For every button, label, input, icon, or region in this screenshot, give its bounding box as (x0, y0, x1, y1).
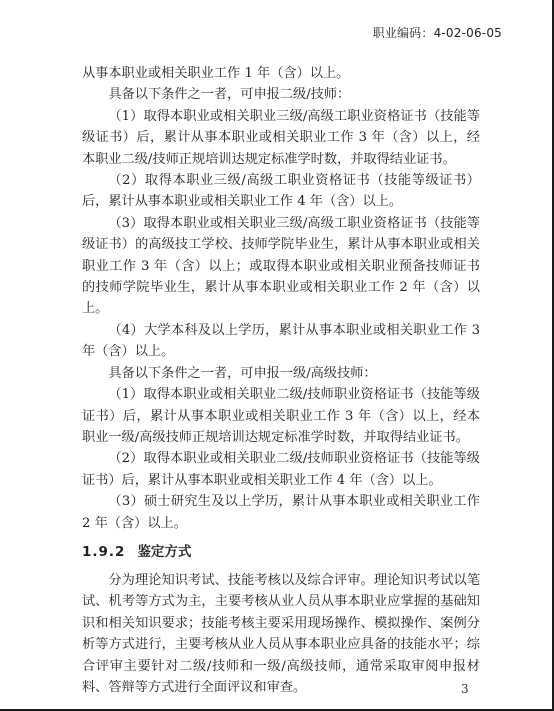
document-page: 职业编码：4-02-06-05 从事本职业或相关职业工作 1 年（含）以上。 具… (0, 0, 554, 711)
level2-item-4: （4）大学本科及以上学历，累计从事本职业或相关职业工作 3 年（含）以上。 (82, 320, 480, 363)
section-body: 分为理论知识考试、技能考核以及综合评审。理论知识考试以笔试、机考等方式为主，主要… (82, 570, 480, 698)
level1-item-2: （2）取得本职业或相关职业二级/技师职业资格证书（技能等级证书）后，累计从事本职… (82, 448, 480, 491)
paragraph-continuation: 从事本职业或相关职业工作 1 年（含）以上。 (82, 63, 480, 84)
occupation-code-header: 职业编码：4-02-06-05 (373, 24, 502, 41)
level2-intro: 具备以下条件之一者，可申报二级/技师： (82, 84, 480, 105)
page-number: 3 (461, 682, 469, 696)
document-body: 从事本职业或相关职业工作 1 年（含）以上。 具备以下条件之一者，可申报二级/技… (82, 63, 480, 698)
level1-intro: 具备以下条件之一者，可申报一级/高级技师： (82, 363, 480, 384)
level1-item-3: （3）硕士研究生及以上学历，累计从事本职业或相关职业工作 2 年（含）以上。 (82, 491, 480, 534)
level1-item-1: （1）取得本职业或相关职业二级/技师职业资格证书（技能等级证书）后，累计从事本职… (82, 384, 480, 448)
level2-item-3: （3）取得本职业或相关职业三级/高级工职业资格证书（技能等级证书）的高级技工学校… (82, 213, 480, 320)
section-number: 1.9.2 (82, 544, 125, 560)
section-heading: 1.9.2鉴定方式 (82, 540, 480, 564)
section-title: 鉴定方式 (137, 544, 191, 560)
level2-item-2: （2）取得本职业三级/高级工职业资格证书（技能等级证书）后，累计从事本职业或相关… (82, 170, 480, 213)
level2-item-1: （1）取得本职业或相关职业三级/高级工职业资格证书（技能等级证书）后，累计从事本… (82, 106, 480, 170)
